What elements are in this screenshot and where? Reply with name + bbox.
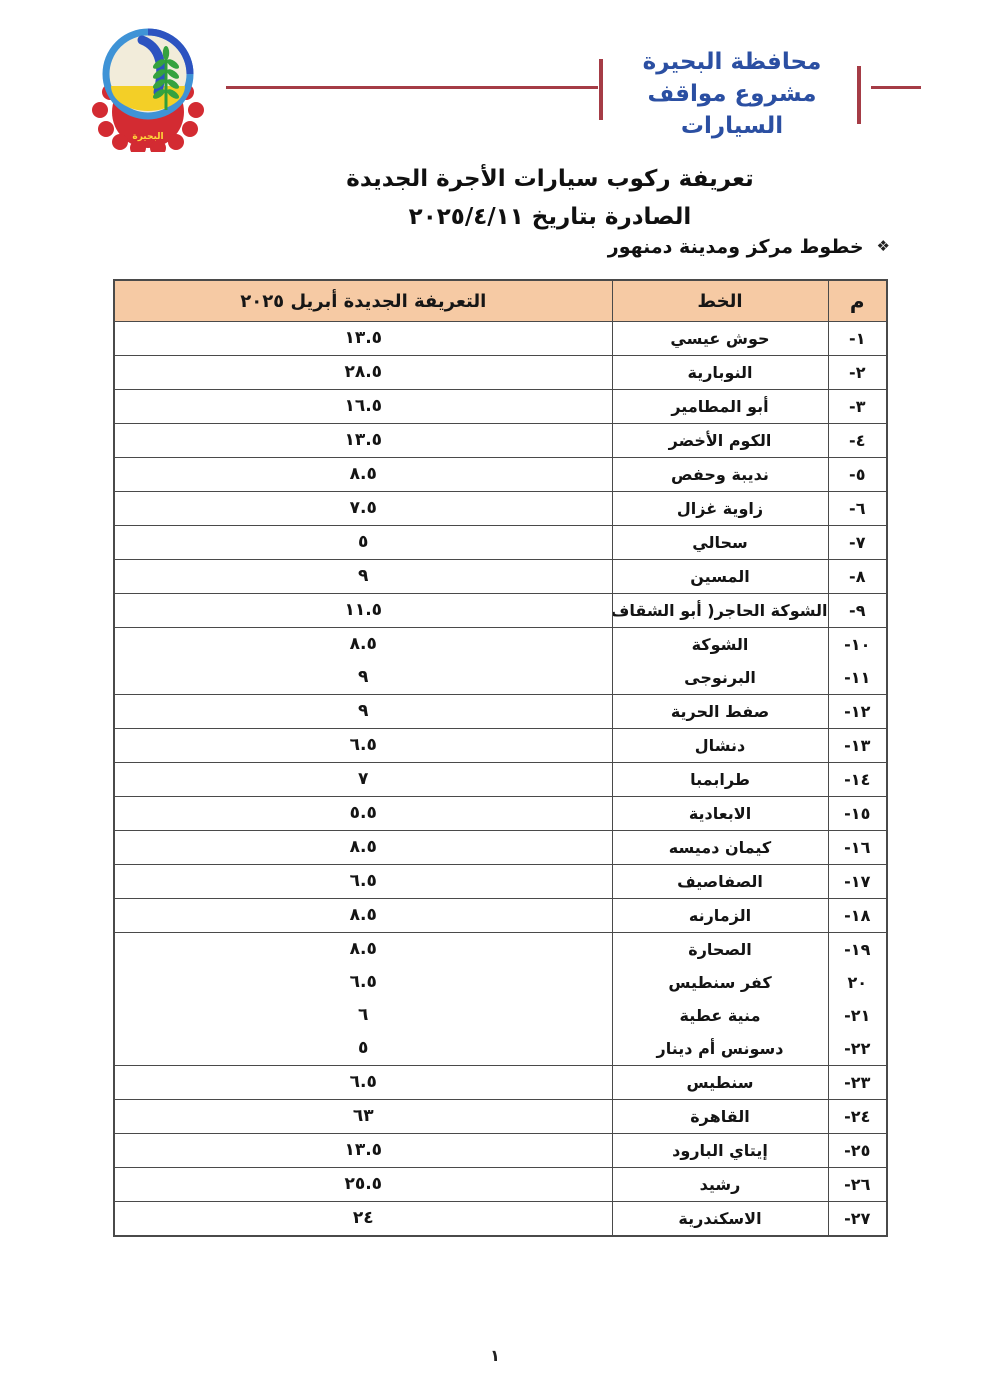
line-value: الصفاصيف [613, 865, 828, 898]
cell-line: دنشال [612, 729, 828, 763]
fare-value: ٦.٥ [115, 729, 612, 762]
cell-line: سحالي [612, 526, 828, 560]
table-row: ٢٣-سنطيس٦.٥ [114, 1066, 887, 1100]
num-value: ٢٢- [829, 1032, 887, 1065]
line-value: الزمارنه [613, 899, 828, 932]
fare-table-body: ١-حوش عيسي١٣.٥٢-النوبارية٢٨.٥٣-أبو المطا… [114, 322, 887, 1237]
header-rule [226, 86, 598, 89]
cell-fare: ١٦.٥ [114, 390, 612, 424]
fare-value: ٧.٥ [115, 492, 612, 525]
cell-fare: ٨.٥٩ [114, 628, 612, 695]
cell-line: صفط الحرية [612, 695, 828, 729]
cell-num: ١٩-٢٠٢١-٢٢- [828, 933, 887, 1066]
num-value: ١٣- [829, 729, 887, 762]
table-row: ٨-المسين٩ [114, 560, 887, 594]
cell-num: ٢- [828, 356, 887, 390]
doc-title-line1: تعريفة ركوب سيارات الأجرة الجديدة [295, 160, 805, 198]
cell-num: ١٨- [828, 899, 887, 933]
cell-num: ٢٧- [828, 1202, 887, 1237]
cell-fare: ٦٣ [114, 1100, 612, 1134]
header-cell-num: م [828, 280, 887, 322]
table-row: ٦-زاوية غزال٧.٥ [114, 492, 887, 526]
fare-value: ٨.٥ [115, 831, 612, 864]
line-value: الابعادية [613, 797, 828, 830]
cell-line: إيتاي البارود [612, 1134, 828, 1168]
line-value: الشوكة الحاجر( أبو الشقاف) [613, 594, 828, 627]
line-value: أبو المطامير [613, 390, 828, 423]
section-label: خطوط مركز ومدينة دمنهور [608, 236, 864, 258]
table-row: ١٩-٢٠٢١-٢٢-الصحارةكفر سنطيسمنية عطيةدسون… [114, 933, 887, 1066]
page-number: ١ [0, 1346, 990, 1365]
doc-issue-date: الصادرة بتاريخ ٢٠٢٥/٤/١١ [295, 198, 805, 236]
fare-value: ٨.٥ [115, 628, 612, 661]
cell-fare: ٩ [114, 560, 612, 594]
line-value: دسونس أم دينار [613, 1032, 828, 1065]
fare-value: ٥.٥ [115, 797, 612, 830]
num-value: ٤- [829, 424, 887, 457]
num-value: ٢٥- [829, 1134, 887, 1167]
num-value: ٢١- [829, 999, 887, 1032]
cell-line: حوش عيسي [612, 322, 828, 356]
cell-line: الزمارنه [612, 899, 828, 933]
header-dash-right [871, 86, 921, 89]
cell-line: أبو المطامير [612, 390, 828, 424]
fare-value: ٦٣ [115, 1100, 612, 1133]
org-title-block: محافظة البحيرة مشروع مواقف السيارات [604, 46, 860, 142]
num-value: ١٧- [829, 865, 887, 898]
cell-line: القاهرة [612, 1100, 828, 1134]
fare-value: ٢٥.٥ [115, 1168, 612, 1201]
table-row: ٤-الكوم الأخضر١٣.٥ [114, 424, 887, 458]
fare-value: ٩ [115, 695, 612, 728]
fare-value: ٦.٥ [115, 966, 612, 999]
cell-line: طرابمبا [612, 763, 828, 797]
fare-value: ١٣.٥ [115, 322, 612, 355]
line-value: كفر سنطيس [613, 966, 828, 999]
cell-num: ٤- [828, 424, 887, 458]
fare-value: ٢٨.٥ [115, 356, 612, 389]
num-value: ٢٦- [829, 1168, 887, 1201]
line-value: الاسكندرية [613, 1202, 828, 1235]
num-value: ٢٧- [829, 1202, 887, 1235]
cell-line: سنطيس [612, 1066, 828, 1100]
num-value: ١٨- [829, 899, 887, 932]
line-value: الشوكة [613, 628, 828, 661]
cell-fare: ٢٤ [114, 1202, 612, 1237]
table-row: ٢٧-الاسكندرية٢٤ [114, 1202, 887, 1237]
num-value: ١١- [829, 661, 887, 694]
org-subtitle: مشروع مواقف السيارات [604, 78, 860, 142]
table-row: ١٤-طرابمبا٧ [114, 763, 887, 797]
num-value: ٣- [829, 390, 887, 423]
cell-fare: ٦.٥ [114, 1066, 612, 1100]
num-value: ٨- [829, 560, 887, 593]
cell-fare: ١١.٥ [114, 594, 612, 628]
cell-line: الكوم الأخضر [612, 424, 828, 458]
fare-value: ٩ [115, 560, 612, 593]
cell-fare: ٢٨.٥ [114, 356, 612, 390]
cell-num: ١٥- [828, 797, 887, 831]
table-row: ١٨-الزمارنه٨.٥ [114, 899, 887, 933]
cell-fare: ٧.٥ [114, 492, 612, 526]
table-row: ١٥-الابعادية٥.٥ [114, 797, 887, 831]
governorate-logo: البحيرة [82, 26, 214, 156]
num-value: ١٢- [829, 695, 887, 728]
table-row: ٩-الشوكة الحاجر( أبو الشقاف)١١.٥ [114, 594, 887, 628]
line-value: صفط الحرية [613, 695, 828, 728]
num-value: ٦- [829, 492, 887, 525]
cell-num: ٦- [828, 492, 887, 526]
cell-fare: ٧ [114, 763, 612, 797]
cell-num: ٢٤- [828, 1100, 887, 1134]
table-row: ٥-نديبة وحفص٨.٥ [114, 458, 887, 492]
cell-num: ٣- [828, 390, 887, 424]
cell-num: ٨- [828, 560, 887, 594]
fare-value: ٨.٥ [115, 899, 612, 932]
cell-num: ١٢- [828, 695, 887, 729]
fare-value: ٨.٥ [115, 458, 612, 491]
cell-fare: ٥ [114, 526, 612, 560]
cell-line: زاوية غزال [612, 492, 828, 526]
num-value: ١- [829, 322, 887, 355]
table-row: ٣-أبو المطامير١٦.٥ [114, 390, 887, 424]
fare-value: ٩ [115, 661, 612, 694]
cell-num: ١٦- [828, 831, 887, 865]
section-heading: ❖خطوط مركز ومدينة دمنهور [608, 236, 890, 258]
cell-line: الصحارةكفر سنطيسمنية عطيةدسونس أم دينار [612, 933, 828, 1066]
cell-num: ١٠-١١- [828, 628, 887, 695]
cell-num: ٧- [828, 526, 887, 560]
header-divider-bar-left [599, 59, 603, 120]
fare-value: ٢٤ [115, 1202, 612, 1235]
line-value: طرابمبا [613, 763, 828, 796]
table-row: ١٣-دنشال٦.٥ [114, 729, 887, 763]
line-value: القاهرة [613, 1100, 828, 1133]
cell-line: الشوكة الحاجر( أبو الشقاف) [612, 594, 828, 628]
line-value: نديبة وحفص [613, 458, 828, 491]
table-row: ١٧-الصفاصيف٦.٥ [114, 865, 887, 899]
fare-value: ٦ [115, 999, 612, 1032]
cell-line: نديبة وحفص [612, 458, 828, 492]
cell-line: المسين [612, 560, 828, 594]
cell-fare: ١٣.٥ [114, 424, 612, 458]
num-value: ٧- [829, 526, 887, 559]
cell-num: ٢٥- [828, 1134, 887, 1168]
table-row: ٢٦-رشيد٢٥.٥ [114, 1168, 887, 1202]
fare-value: ٧ [115, 763, 612, 796]
num-value: ٢- [829, 356, 887, 389]
line-value: النوبارية [613, 356, 828, 389]
fare-value: ١٣.٥ [115, 1134, 612, 1167]
cell-fare: ٩ [114, 695, 612, 729]
cell-num: ١٧- [828, 865, 887, 899]
cell-fare: ٦.٥ [114, 729, 612, 763]
fare-value: ٥ [115, 1032, 612, 1065]
cell-fare: ١٣.٥ [114, 322, 612, 356]
cell-num: ٢٦- [828, 1168, 887, 1202]
logo-caption: البحيرة [132, 132, 163, 142]
num-value: ١٦- [829, 831, 887, 864]
document-page: البحيرة محافظة البحيرة مشروع مواقف السيا… [0, 0, 990, 1400]
cell-num: ٥- [828, 458, 887, 492]
num-value: ٩- [829, 594, 887, 627]
cell-fare: ٦.٥ [114, 865, 612, 899]
header-row: م الخط التعريفة الجديدة أبريل ٢٠٢٥ [114, 280, 887, 322]
cell-num: ١٣- [828, 729, 887, 763]
table-row: ٢٤-القاهرة٦٣ [114, 1100, 887, 1134]
cell-fare: ٨.٥ [114, 831, 612, 865]
header-cell-fare: التعريفة الجديدة أبريل ٢٠٢٥ [114, 280, 612, 322]
line-value: كيمان دميسه [613, 831, 828, 864]
cell-line: الصفاصيف [612, 865, 828, 899]
diamond-bullet-icon: ❖ [877, 237, 890, 255]
num-value: ٢٤- [829, 1100, 887, 1133]
num-value: ١٥- [829, 797, 887, 830]
cell-num: ١- [828, 322, 887, 356]
table-row: ١٠-١١-الشوكةالبرنوجى٨.٥٩ [114, 628, 887, 695]
line-value: زاوية غزال [613, 492, 828, 525]
table-row: ٢-النوبارية٢٨.٥ [114, 356, 887, 390]
cell-num: ٩- [828, 594, 887, 628]
num-value: ٥- [829, 458, 887, 491]
cell-fare: ٨.٥ [114, 458, 612, 492]
line-value: رشيد [613, 1168, 828, 1201]
line-value: دنشال [613, 729, 828, 762]
table-row: ٧-سحالي٥ [114, 526, 887, 560]
fare-value: ٥ [115, 526, 612, 559]
line-value: منية عطية [613, 999, 828, 1032]
fare-value: ١١.٥ [115, 594, 612, 627]
line-value: الكوم الأخضر [613, 424, 828, 457]
num-value: ٢٠ [829, 966, 887, 999]
cell-fare: ٢٥.٥ [114, 1168, 612, 1202]
cell-fare: ٥.٥ [114, 797, 612, 831]
cell-num: ١٤- [828, 763, 887, 797]
doc-title-block: تعريفة ركوب سيارات الأجرة الجديدة الصادر… [295, 160, 805, 236]
cell-line: الشوكةالبرنوجى [612, 628, 828, 695]
fare-value: ٦.٥ [115, 1066, 612, 1099]
num-value: ١٠- [829, 628, 887, 661]
header-cell-line: الخط [612, 280, 828, 322]
num-value: ٢٣- [829, 1066, 887, 1099]
cell-line: رشيد [612, 1168, 828, 1202]
org-title: محافظة البحيرة [604, 46, 860, 78]
line-value: المسين [613, 560, 828, 593]
table-row: ١٦-كيمان دميسه٨.٥ [114, 831, 887, 865]
line-value: حوش عيسي [613, 322, 828, 355]
fare-table: م الخط التعريفة الجديدة أبريل ٢٠٢٥ ١-حوش… [113, 279, 888, 1237]
fare-value: ٨.٥ [115, 933, 612, 966]
line-value: سحالي [613, 526, 828, 559]
table-row: ١٢-صفط الحرية٩ [114, 695, 887, 729]
cell-line: الابعادية [612, 797, 828, 831]
cell-fare: ٨.٥٦.٥٦٥ [114, 933, 612, 1066]
cell-line: كيمان دميسه [612, 831, 828, 865]
cell-line: الاسكندرية [612, 1202, 828, 1237]
fare-table-header: م الخط التعريفة الجديدة أبريل ٢٠٢٥ [114, 280, 887, 322]
table-row: ١-حوش عيسي١٣.٥ [114, 322, 887, 356]
cell-num: ٢٣- [828, 1066, 887, 1100]
fare-value: ١٣.٥ [115, 424, 612, 457]
table-row: ٢٥-إيتاي البارود١٣.٥ [114, 1134, 887, 1168]
cell-fare: ٨.٥ [114, 899, 612, 933]
fare-value: ٦.٥ [115, 865, 612, 898]
line-value: البرنوجى [613, 661, 828, 694]
fare-value: ١٦.٥ [115, 390, 612, 423]
line-value: إيتاي البارود [613, 1134, 828, 1167]
line-value: الصحارة [613, 933, 828, 966]
cell-line: النوبارية [612, 356, 828, 390]
line-value: سنطيس [613, 1066, 828, 1099]
num-value: ١٩- [829, 933, 887, 966]
governorate-logo-emblem: البحيرة [82, 26, 214, 152]
num-value: ١٤- [829, 763, 887, 796]
cell-fare: ١٣.٥ [114, 1134, 612, 1168]
